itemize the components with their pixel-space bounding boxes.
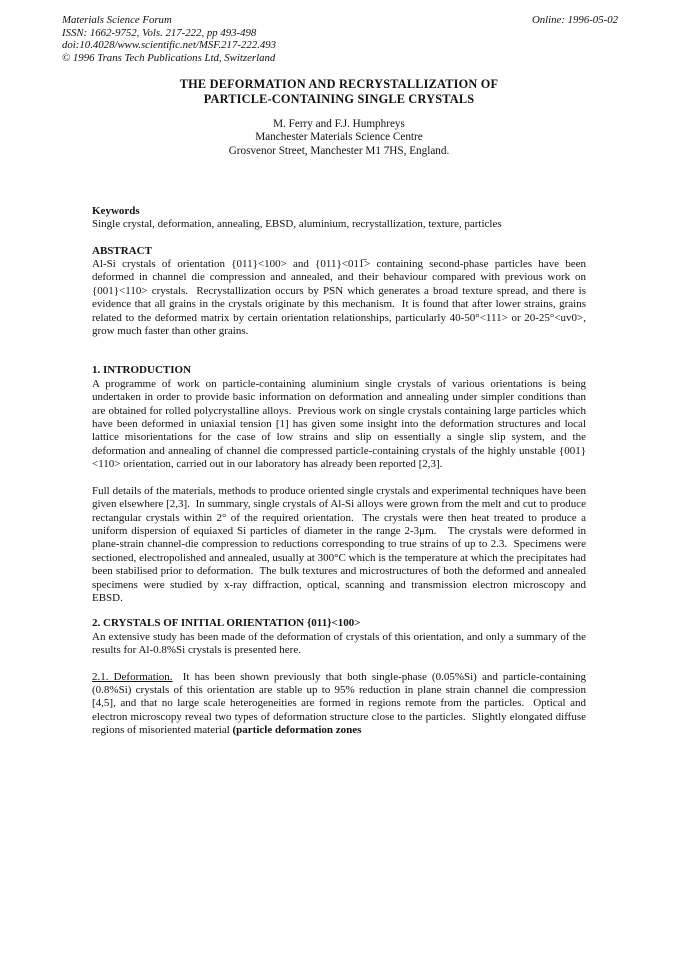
paper-page: Materials Science Forum ISSN: 1662-9752,… <box>0 0 678 959</box>
main-column: Keywords Single crystal, deformation, an… <box>92 205 586 738</box>
online-date: Online: 1996-05-02 <box>532 14 618 27</box>
paper-title-line1: THE DEFORMATION AND RECRYSTALLIZATION OF <box>0 77 678 92</box>
section-1-heading: 1. INTRODUCTION <box>92 364 586 377</box>
abstract-text: Al-Si crystals of orientation {011}<100>… <box>92 258 586 338</box>
doi: doi:10.4028/www.scientific.net/MSF.217-2… <box>62 39 276 52</box>
publication-info: Materials Science Forum ISSN: 1662-9752,… <box>62 14 276 64</box>
authors: M. Ferry and F.J. Humphreys <box>0 118 678 131</box>
subsection-2-1-label: 2.1. Deformation. <box>92 671 173 683</box>
section-2-heading: 2. CRYSTALS OF INITIAL ORIENTATION {011}… <box>92 617 586 630</box>
paper-title: THE DEFORMATION AND RECRYSTALLIZATION OF… <box>0 77 678 106</box>
affiliation-address: Grosvenor Street, Manchester M1 7HS, Eng… <box>0 145 678 158</box>
affiliation: Manchester Materials Science Centre <box>0 131 678 144</box>
section-1-paragraph-2: Full details of the materials, methods t… <box>92 485 586 606</box>
journal-title: Materials Science Forum <box>62 14 276 27</box>
keywords-heading: Keywords <box>92 205 586 218</box>
page-header: Materials Science Forum ISSN: 1662-9752,… <box>62 14 618 64</box>
subsection-2-1-paragraph: 2.1. Deformation. It has been shown prev… <box>92 671 586 738</box>
issn-volume-pages: ISSN: 1662-9752, Vols. 217-222, pp 493-4… <box>62 27 276 40</box>
section-2-paragraph-1: An extensive study has been made of the … <box>92 631 586 658</box>
paper-title-line2: PARTICLE-CONTAINING SINGLE CRYSTALS <box>0 92 678 107</box>
subsection-2-1-bold-phrase: (particle deformation zones <box>233 724 362 736</box>
abstract-heading: ABSTRACT <box>92 245 586 258</box>
copyright-notice: © 1996 Trans Tech Publications Ltd, Swit… <box>62 52 276 65</box>
keywords-text: Single crystal, deformation, annealing, … <box>92 218 586 231</box>
byline: M. Ferry and F.J. Humphreys Manchester M… <box>0 118 678 158</box>
section-1-paragraph-1: A programme of work on particle-containi… <box>92 378 586 472</box>
